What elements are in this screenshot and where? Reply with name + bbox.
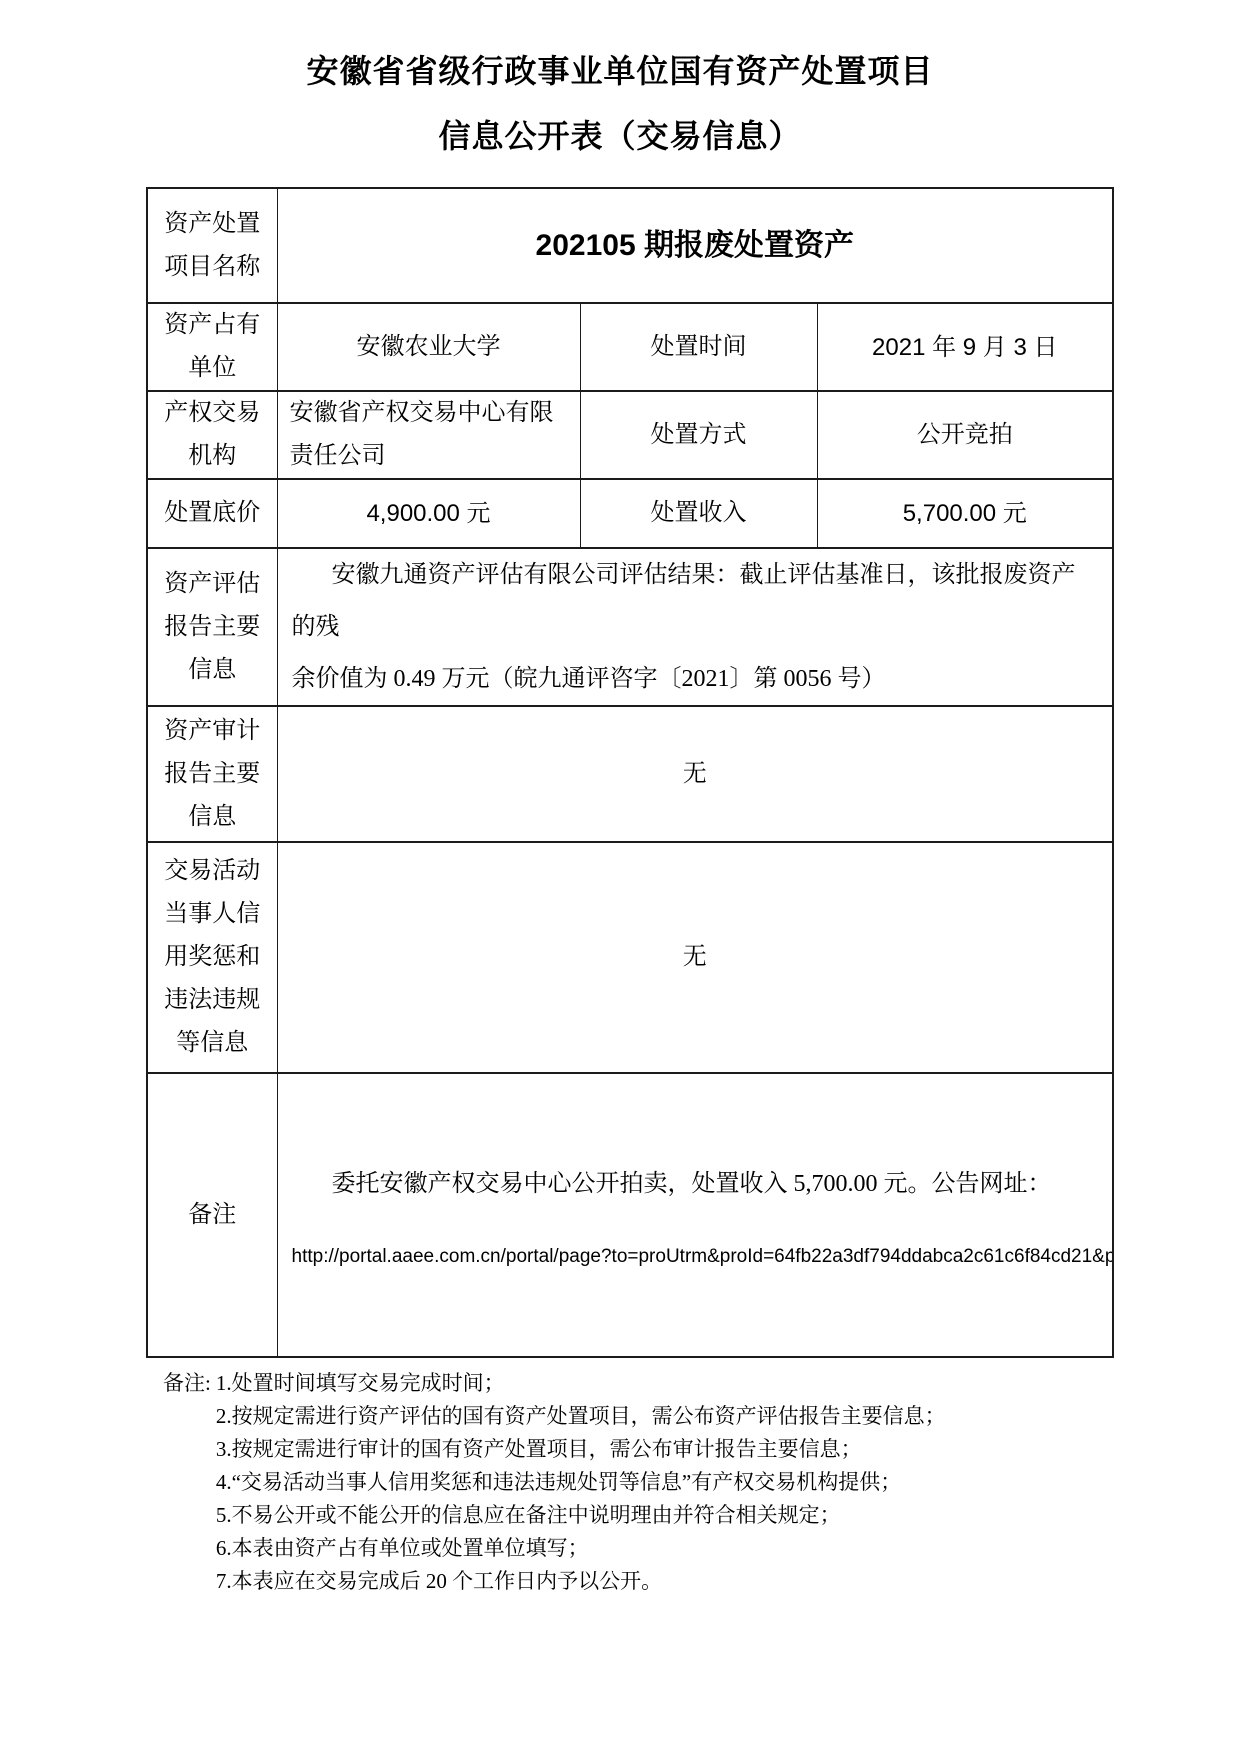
row-audit-report: 资产审计报告主要信息 无 [147,706,1113,842]
floor-price-label: 处置底价 [147,479,277,548]
disposal-income-label: 处置收入 [580,479,817,548]
disposal-time-label: 处置时间 [580,303,817,391]
row-appraisal-report: 资产评估报告主要信息 安徽九通资产评估有限公司评估结果：截止评估基准日，该批报废… [147,548,1113,706]
project-name-value: 202105 期报废处置资产 [277,188,1113,303]
appraisal-report-label: 资产评估报告主要信息 [147,548,277,706]
remarks-url: http://portal.aaee.com.cn/portal/page?to… [292,1246,1099,1268]
disposal-income-value: 5,700.00 元 [817,479,1113,548]
footnotes: 备注: 1.处置时间填写交易完成时间； 2.按规定需进行资产评估的国有资产处置项… [163,1367,1240,1598]
footnote-item: 6.本表由资产占有单位或处置单位填写； [216,1532,946,1565]
exchange-agency-label: 产权交易机构 [147,391,277,479]
footnote-item: 5.不易公开或不能公开的信息应在备注中说明理由并符合相关规定； [216,1499,946,1532]
row-project-name: 资产处置项目名称 202105 期报废处置资产 [147,188,1113,303]
asset-holder-value: 安徽农业大学 [277,303,580,391]
row-prices: 处置底价 4,900.00 元 处置收入 5,700.00 元 [147,479,1113,548]
disposal-time-value: 2021 年 9 月 3 日 [817,303,1113,391]
remarks-value: 委托安徽产权交易中心公开拍卖，处置收入 5,700.00 元。公告网址： htt… [277,1073,1113,1357]
info-table: 资产处置项目名称 202105 期报废处置资产 资产占有单位 安徽农业大学 处置… [146,187,1114,1358]
appraisal-report-value: 安徽九通资产评估有限公司评估结果：截止评估基准日，该批报废资产的残 余价值为 0… [277,548,1113,706]
row-asset-holder: 资产占有单位 安徽农业大学 处置时间 2021 年 9 月 3 日 [147,303,1113,391]
document-title-line1: 安徽省省级行政事业单位国有资产处置项目 [0,0,1240,92]
footnotes-label: 备注: [163,1367,211,1400]
row-credit-info: 交易活动当事人信用奖惩和违法违规等信息 无 [147,842,1113,1073]
disposal-method-value: 公开竞拍 [817,391,1113,479]
footnote-item: 3.按规定需进行审计的国有资产处置项目，需公布审计报告主要信息； [216,1433,946,1466]
footnote-item: 1.处置时间填写交易完成时间； [216,1367,946,1400]
row-exchange-agency: 产权交易机构 安徽省产权交易中心有限 责任公司 处置方式 公开竞拍 [147,391,1113,479]
credit-info-label: 交易活动当事人信用奖惩和违法违规等信息 [147,842,277,1073]
audit-report-value: 无 [277,706,1113,842]
audit-report-label: 资产审计报告主要信息 [147,706,277,842]
credit-info-value: 无 [277,842,1113,1073]
document-page: 安徽省省级行政事业单位国有资产处置项目 信息公开表（交易信息） 资产处置项目名称… [0,0,1240,1754]
exchange-agency-value: 安徽省产权交易中心有限 责任公司 [277,391,580,479]
remarks-label: 备注 [147,1073,277,1357]
footnotes-list: 1.处置时间填写交易完成时间； 2.按规定需进行资产评估的国有资产处置项目，需公… [216,1367,946,1598]
row-remarks: 备注 委托安徽产权交易中心公开拍卖，处置收入 5,700.00 元。公告网址： … [147,1073,1113,1357]
document-title-line2: 信息公开表（交易信息） [0,92,1240,157]
project-name-label: 资产处置项目名称 [147,188,277,303]
remarks-text: 委托安徽产权交易中心公开拍卖，处置收入 5,700.00 元。公告网址： [292,1163,1099,1206]
footnote-item: 2.按规定需进行资产评估的国有资产处置项目，需公布资产评估报告主要信息； [216,1400,946,1433]
floor-price-value: 4,900.00 元 [277,479,580,548]
footnote-item: 4.“交易活动当事人信用奖惩和违法违规处罚等信息”有产权交易机构提供； [216,1466,946,1499]
disposal-method-label: 处置方式 [580,391,817,479]
footnote-item: 7.本表应在交易完成后 20 个工作日内予以公开。 [216,1565,946,1598]
asset-holder-label: 资产占有单位 [147,303,277,391]
